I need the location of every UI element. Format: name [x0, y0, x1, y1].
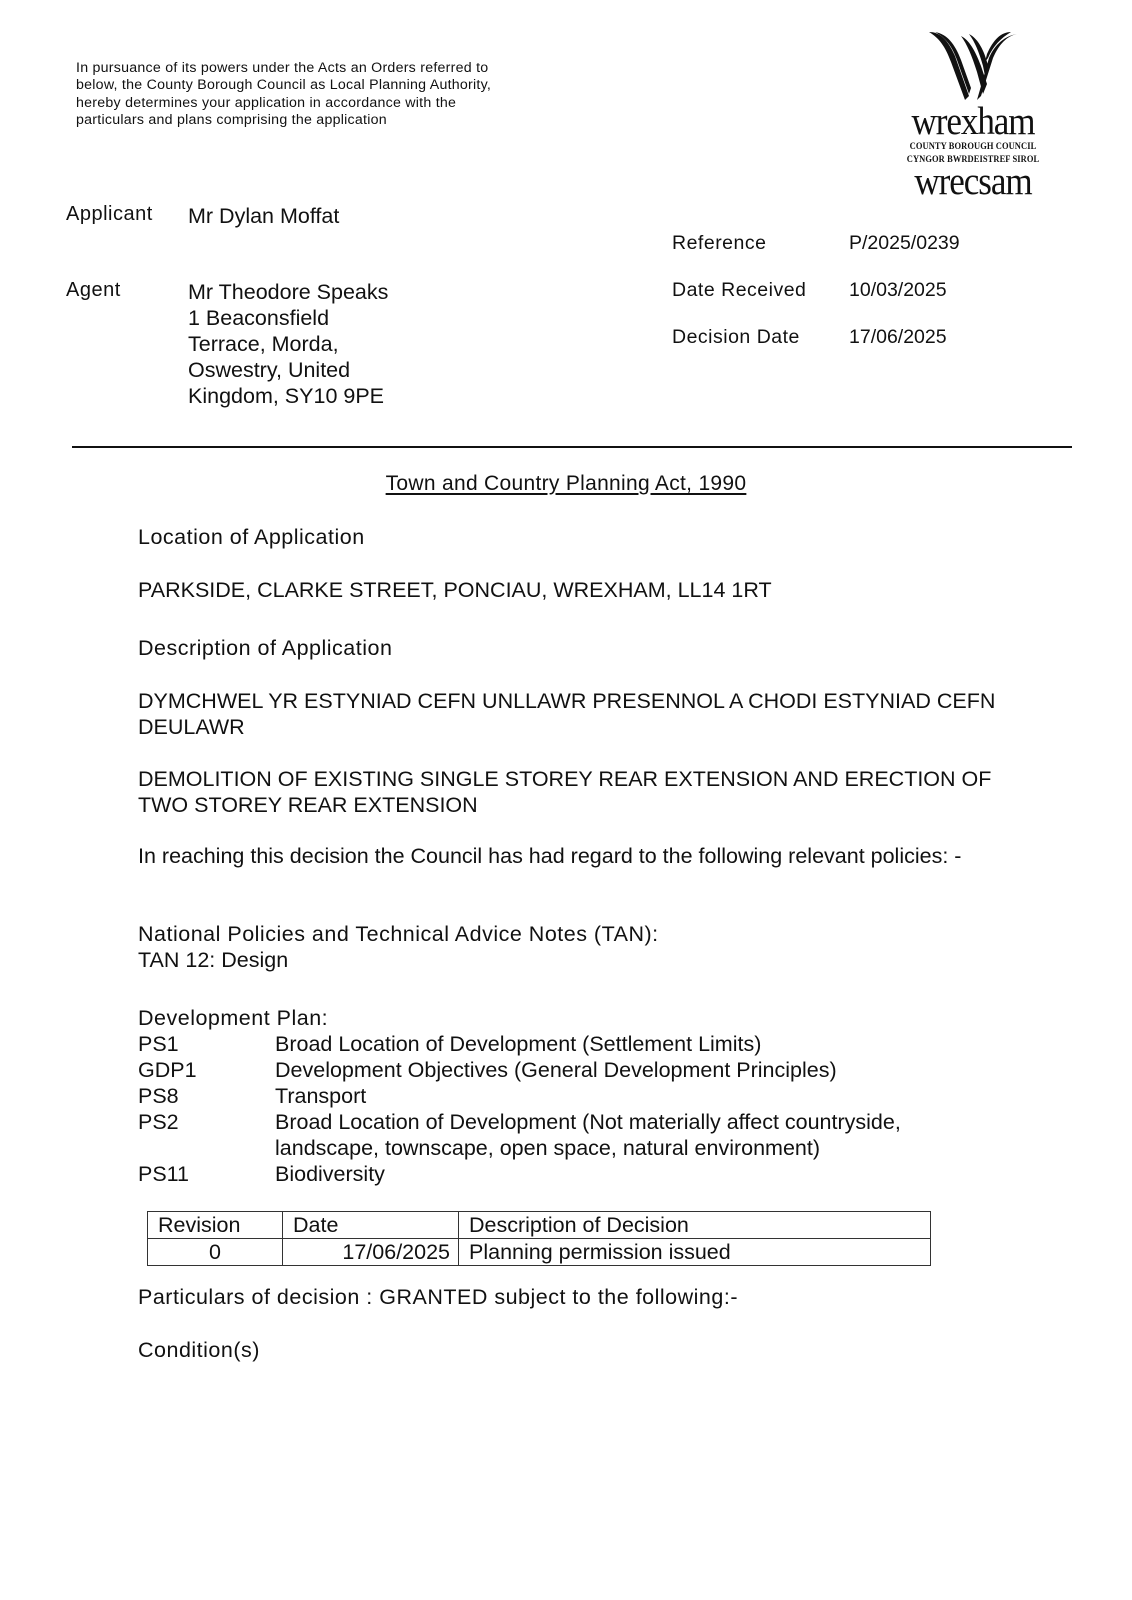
section-divider — [72, 446, 1072, 448]
reference-value: P/2025/0239 — [849, 232, 960, 255]
policy-row: PS8 Transport — [138, 1083, 998, 1109]
act-title-text: Town and Country Planning Act, 1990 — [386, 472, 747, 495]
cell-description: Planning permission issued — [459, 1239, 931, 1266]
policy-code: PS1 — [138, 1031, 275, 1057]
wrexham-w-logo-icon — [925, 30, 1021, 102]
agent-address: Mr Theodore Speaks 1 Beaconsfield Terrac… — [188, 279, 438, 409]
policy-row: PS1 Broad Location of Development (Settl… — [138, 1031, 998, 1057]
policy-description: Biodiversity — [275, 1161, 998, 1187]
policy-code: PS8 — [138, 1083, 275, 1109]
table-header-row: Revision Date Description of Decision — [148, 1212, 931, 1239]
agent-label: Agent — [66, 279, 121, 302]
applicant-name: Mr Dylan Moffat — [188, 203, 438, 229]
logo-wordmark-welsh: wrecsam — [906, 166, 1041, 198]
agent-address-line: Kingdom, SY10 9PE — [188, 383, 438, 409]
date-received-label: Date Received — [672, 279, 806, 302]
applicant-label: Applicant — [66, 203, 153, 226]
policy-description: Broad Location of Development (Not mater… — [275, 1109, 998, 1161]
logo-wordmark-english: wrexham — [906, 104, 1041, 140]
national-policy-item: TAN 12: Design — [138, 947, 1018, 973]
cell-date: 17/06/2025 — [283, 1239, 459, 1266]
agent-address-line: Oswestry, United — [188, 357, 438, 383]
policy-code: PS11 — [138, 1161, 275, 1187]
column-header-revision: Revision — [148, 1212, 283, 1239]
location-value: PARKSIDE, CLARKE STREET, PONCIAU, WREXHA… — [138, 577, 1018, 603]
policy-description: Broad Location of Development (Settlemen… — [275, 1031, 998, 1057]
national-policies-heading: National Policies and Technical Advice N… — [138, 921, 1018, 947]
column-header-description: Description of Decision — [459, 1212, 931, 1239]
policy-code: PS2 — [138, 1109, 275, 1161]
agent-address-line: 1 Beaconsfield — [188, 305, 438, 331]
council-logo: wrexham COUNTY BOROUGH COUNCIL CYNGOR BW… — [898, 30, 1048, 200]
description-welsh: DYMCHWEL YR ESTYNIAD CEFN UNLLAWR PRESEN… — [138, 688, 1018, 740]
reference-label: Reference — [672, 232, 766, 255]
policy-code: GDP1 — [138, 1057, 275, 1083]
location-heading: Location of Application — [138, 524, 1018, 550]
agent-address-line: Terrace, Morda, — [188, 331, 438, 357]
preamble-text: In pursuance of its powers under the Act… — [76, 60, 516, 130]
logo-subtitle-english: COUNTY BOROUGH COUNCIL — [904, 140, 1042, 153]
cell-revision: 0 — [148, 1239, 283, 1266]
development-plan-heading: Development Plan: — [138, 1005, 1018, 1031]
decision-table: Revision Date Description of Decision 0 … — [147, 1211, 931, 1266]
date-received-value: 10/03/2025 — [849, 279, 947, 302]
policy-row: PS2 Broad Location of Development (Not m… — [138, 1109, 998, 1161]
description-english: DEMOLITION OF EXISTING SINGLE STOREY REA… — [138, 766, 1018, 818]
policy-row: GDP1 Development Objectives (General Dev… — [138, 1057, 998, 1083]
conditions-heading: Condition(s) — [138, 1337, 1018, 1363]
column-header-date: Date — [283, 1212, 459, 1239]
decision-date-label: Decision Date — [672, 326, 800, 349]
policy-row: PS11 Biodiversity — [138, 1161, 998, 1187]
table-row: 0 17/06/2025 Planning permission issued — [148, 1239, 931, 1266]
act-title: Town and Country Planning Act, 1990 — [0, 472, 1132, 496]
development-plan-list: PS1 Broad Location of Development (Settl… — [138, 1031, 998, 1187]
policies-intro: In reaching this decision the Council ha… — [138, 843, 1018, 869]
description-heading: Description of Application — [138, 635, 1018, 661]
agent-address-line: Mr Theodore Speaks — [188, 279, 438, 305]
policy-description: Development Objectives (General Developm… — [275, 1057, 998, 1083]
decision-date-value: 17/06/2025 — [849, 326, 947, 349]
policy-description: Transport — [275, 1083, 998, 1109]
particulars-of-decision: Particulars of decision : GRANTED subjec… — [138, 1284, 1018, 1310]
